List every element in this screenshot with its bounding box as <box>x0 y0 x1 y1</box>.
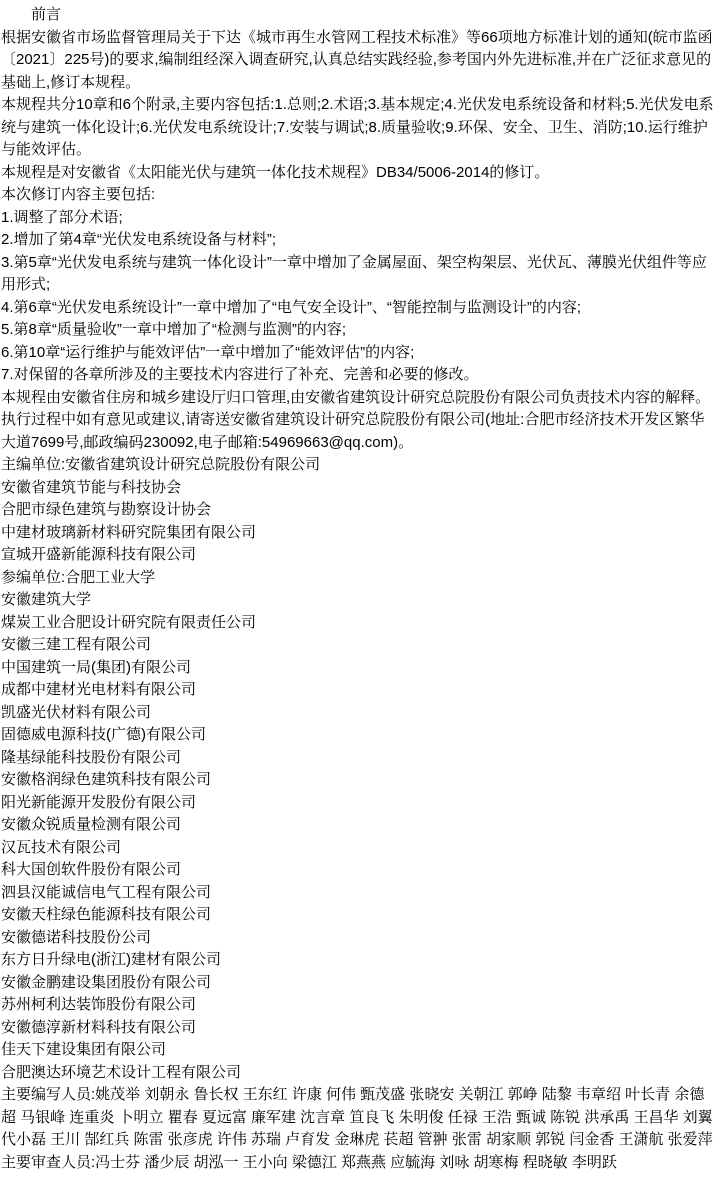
paragraph: 2.增加了第4章“光伏发电系统设备与材料”; <box>1 229 715 252</box>
paragraph: 6.第10章“运行维护与能效评估”一章中增加了“能效评估”的内容; <box>1 342 715 365</box>
paragraph: 安徽众锐质量检测有限公司 <box>1 814 715 837</box>
paragraph: 3.第5章“光伏发电系统与建筑一体化设计”一章中增加了金属屋面、架空构架层、光伏… <box>1 252 715 297</box>
paragraph: 中国建筑一局(集团)有限公司 <box>1 657 715 680</box>
paragraph: 主要编写人员:姚茂举 刘朝永 鲁长权 王东红 许康 何伟 甄茂盛 张晓安 关朝江… <box>1 1084 715 1152</box>
paragraph: 安徽金鹏建设集团股份有限公司 <box>1 972 715 995</box>
paragraph: 固德威电源科技(广德)有限公司 <box>1 724 715 747</box>
paragraph: 主编单位:安徽省建筑设计研究总院股份有限公司 <box>1 454 715 477</box>
document-page: 前言 根据安徽省市场监督管理局关于下达《城市再生水管网工程技术标准》等66项地方… <box>0 0 717 1180</box>
paragraph: 本规程是对安徽省《太阳能光伏与建筑一体化技术规程》DB34/5006-2014的… <box>1 162 715 185</box>
paragraph: 本规程共分10章和6个附录,主要内容包括:1.总则;2.术语;3.基本规定;4.… <box>1 94 715 162</box>
paragraph: 安徽格润绿色建筑科技有限公司 <box>1 769 715 792</box>
paragraph: 本规程由安徽省住房和城乡建设厅归口管理,由安徽省建筑设计研究总院股份有限公司负责… <box>1 387 715 455</box>
document-body: 根据安徽省市场监督管理局关于下达《城市再生水管网工程技术标准》等66项地方标准计… <box>1 27 715 1175</box>
paragraph: 隆基绿能科技股份有限公司 <box>1 747 715 770</box>
paragraph: 科大国创软件股份有限公司 <box>1 859 715 882</box>
paragraph: 合肥澳达环境艺术设计工程有限公司 <box>1 1062 715 1085</box>
paragraph: 4.第6章“光伏发电系统设计”一章中增加了“电气安全设计”、“智能控制与监测设计… <box>1 297 715 320</box>
paragraph: 凯盛光伏材料有限公司 <box>1 702 715 725</box>
paragraph: 安徽德诺科技股份公司 <box>1 927 715 950</box>
paragraph: 汉瓦技术有限公司 <box>1 837 715 860</box>
paragraph: 宣城开盛新能源科技有限公司 <box>1 544 715 567</box>
paragraph: 7.对保留的各章所涉及的主要技术内容进行了补充、完善和必要的修改。 <box>1 364 715 387</box>
paragraph: 本次修订内容主要包括: <box>1 184 715 207</box>
paragraph: 参编单位:合肥工业大学 <box>1 567 715 590</box>
paragraph: 安徽建筑大学 <box>1 589 715 612</box>
paragraph: 煤炭工业合肥设计研究院有限责任公司 <box>1 612 715 635</box>
paragraph: 东方日升绿电(浙江)建材有限公司 <box>1 949 715 972</box>
paragraph: 安徽天柱绿色能源科技有限公司 <box>1 904 715 927</box>
paragraph: 成都中建材光电材料有限公司 <box>1 679 715 702</box>
paragraph: 合肥市绿色建筑与勘察设计协会 <box>1 499 715 522</box>
paragraph: 阳光新能源开发股份有限公司 <box>1 792 715 815</box>
paragraph: 5.第8章“质量验收”一章中增加了“检测与监测”的内容; <box>1 319 715 342</box>
paragraph: 1.调整了部分术语; <box>1 207 715 230</box>
paragraph: 主要审查人员:冯士芬 潘少辰 胡泓一 王小向 梁德江 郑燕燕 应毓海 刘咏 胡寒… <box>1 1152 715 1175</box>
paragraph: 安徽德淳新材料科技有限公司 <box>1 1017 715 1040</box>
document-title: 前言 <box>1 4 715 27</box>
paragraph: 佳天下建设集团有限公司 <box>1 1039 715 1062</box>
paragraph: 安徽三建工程有限公司 <box>1 634 715 657</box>
paragraph: 泗县汉能诚信电气工程有限公司 <box>1 882 715 905</box>
paragraph: 根据安徽省市场监督管理局关于下达《城市再生水管网工程技术标准》等66项地方标准计… <box>1 27 715 95</box>
paragraph: 苏州柯利达装饰股份有限公司 <box>1 994 715 1017</box>
paragraph: 中建材玻璃新材料研究院集团有限公司 <box>1 522 715 545</box>
paragraph: 安徽省建筑节能与科技协会 <box>1 477 715 500</box>
